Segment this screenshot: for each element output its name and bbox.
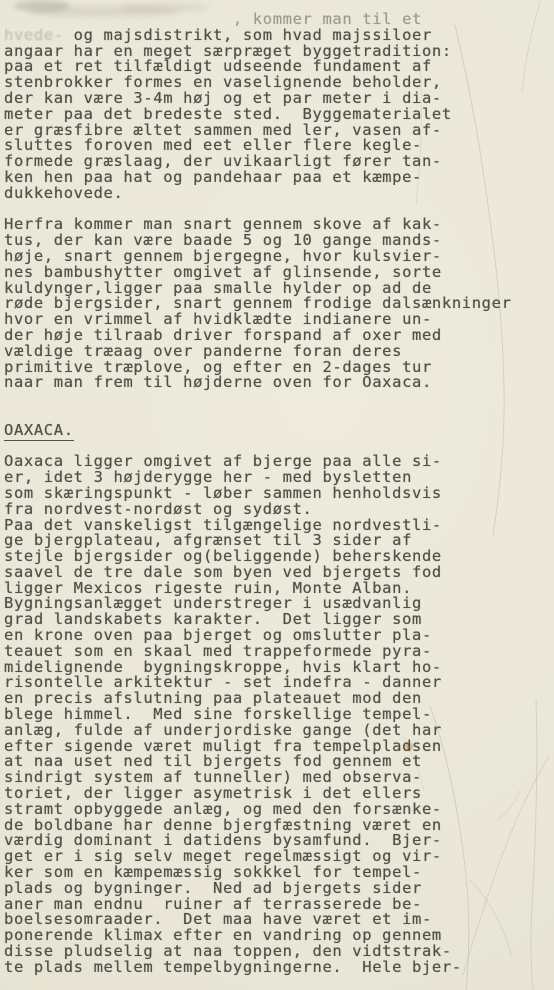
document-text: , kommer man til ethvede- og majsdistrik… bbox=[4, 12, 512, 976]
text-line: naar man frem til højderne oven for Oaxa… bbox=[4, 375, 512, 391]
faded-text: hvede- bbox=[4, 26, 64, 44]
typewritten-page: , kommer man til ethvede- og majsdistrik… bbox=[0, 0, 554, 990]
heading-text: OAXACA. bbox=[4, 421, 74, 441]
section-heading: OAXACA. bbox=[4, 423, 512, 439]
text-line: OAXACA. bbox=[4, 423, 512, 439]
line-text: naar man frem til højderne oven for Oaxa… bbox=[4, 373, 432, 391]
paragraph: Herfra kommer man snart gennem skove af … bbox=[4, 217, 512, 391]
paragraph: , kommer man til ethvede- og majsdistrik… bbox=[4, 12, 512, 202]
paragraph: Oaxaca ligger omgivet af bjerge paa alle… bbox=[4, 454, 512, 975]
line-text: te plads mellem tempelbygningerne. Hele … bbox=[4, 958, 462, 976]
text-line: dukkehovede. bbox=[4, 186, 512, 202]
text-line: , kommer man til et bbox=[4, 12, 512, 28]
line-text: , kommer man til et bbox=[4, 10, 422, 28]
line-text: dukkehovede. bbox=[4, 184, 123, 202]
text-line: te plads mellem tempelbygningerne. Hele … bbox=[4, 960, 512, 976]
